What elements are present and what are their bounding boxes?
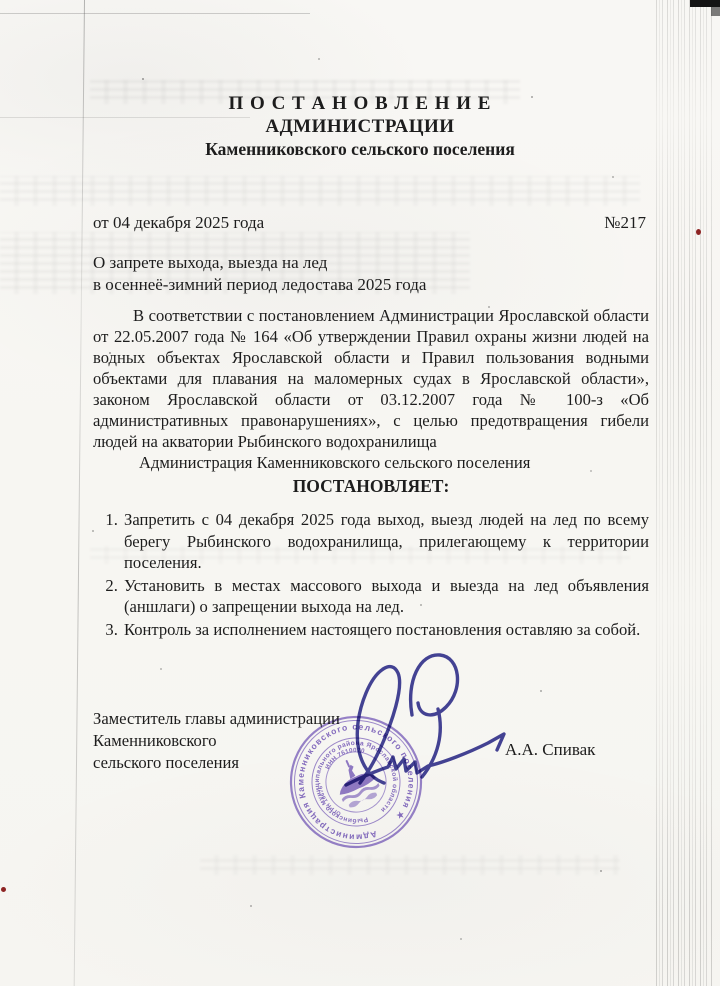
preamble: В соответствии с постановлением Админист… <box>93 305 649 473</box>
scan-corner-mark <box>690 0 720 7</box>
scan-specks <box>0 0 2 2</box>
signature <box>326 645 516 795</box>
document-title: П О С Т А Н О В Л Е Н И Е <box>0 92 720 115</box>
resolution-heading: ПОСТАНОВЛЯЕТ: <box>93 476 649 497</box>
document-subject: О запрете выхода, выезда на лед в осенне… <box>93 252 646 295</box>
date-number-row: от 04 декабря 2025 года №217 <box>93 213 646 233</box>
red-ink-dot <box>1 887 6 892</box>
resolution-item: Запретить с 04 декабря 2025 года выход, … <box>122 509 649 574</box>
document-title-settlement: Каменниковского сельского поселения <box>0 138 720 161</box>
preamble-paragraph: В соответствии с постановлением Админист… <box>93 305 649 452</box>
subject-line-1: О запрете выхода, выезда на лед <box>93 252 646 274</box>
ghost-text-band <box>200 855 620 875</box>
subject-line-2: в осеннеё-зимний период ледостава 2025 г… <box>93 274 646 296</box>
document-title-issuer: АДМИНИСТРАЦИИ <box>0 115 720 138</box>
resolution-list: Запретить с 04 декабря 2025 года выход, … <box>93 509 649 641</box>
signer-name: А.А. Спивак <box>505 740 595 760</box>
ghost-text-band <box>0 176 640 206</box>
resolution-item: Установить в местах массового выхода и в… <box>122 575 649 618</box>
document-header: П О С Т А Н О В Л Е Н И Е АДМИНИСТРАЦИИ … <box>0 92 720 161</box>
resolution-item: Контроль за исполнением настоящего поста… <box>122 619 649 641</box>
scan-streak <box>0 13 310 14</box>
scanned-document-page: П О С Т А Н О В Л Е Н И Е АДМИНИСТРАЦИИ … <box>0 0 720 986</box>
scan-corner-mark <box>711 7 720 16</box>
document-date: от 04 декабря 2025 года <box>93 213 264 233</box>
document-number: №217 <box>604 213 646 233</box>
red-ink-dot <box>696 229 701 235</box>
issuer-line: Администрация Каменниковского сельского … <box>93 452 649 473</box>
